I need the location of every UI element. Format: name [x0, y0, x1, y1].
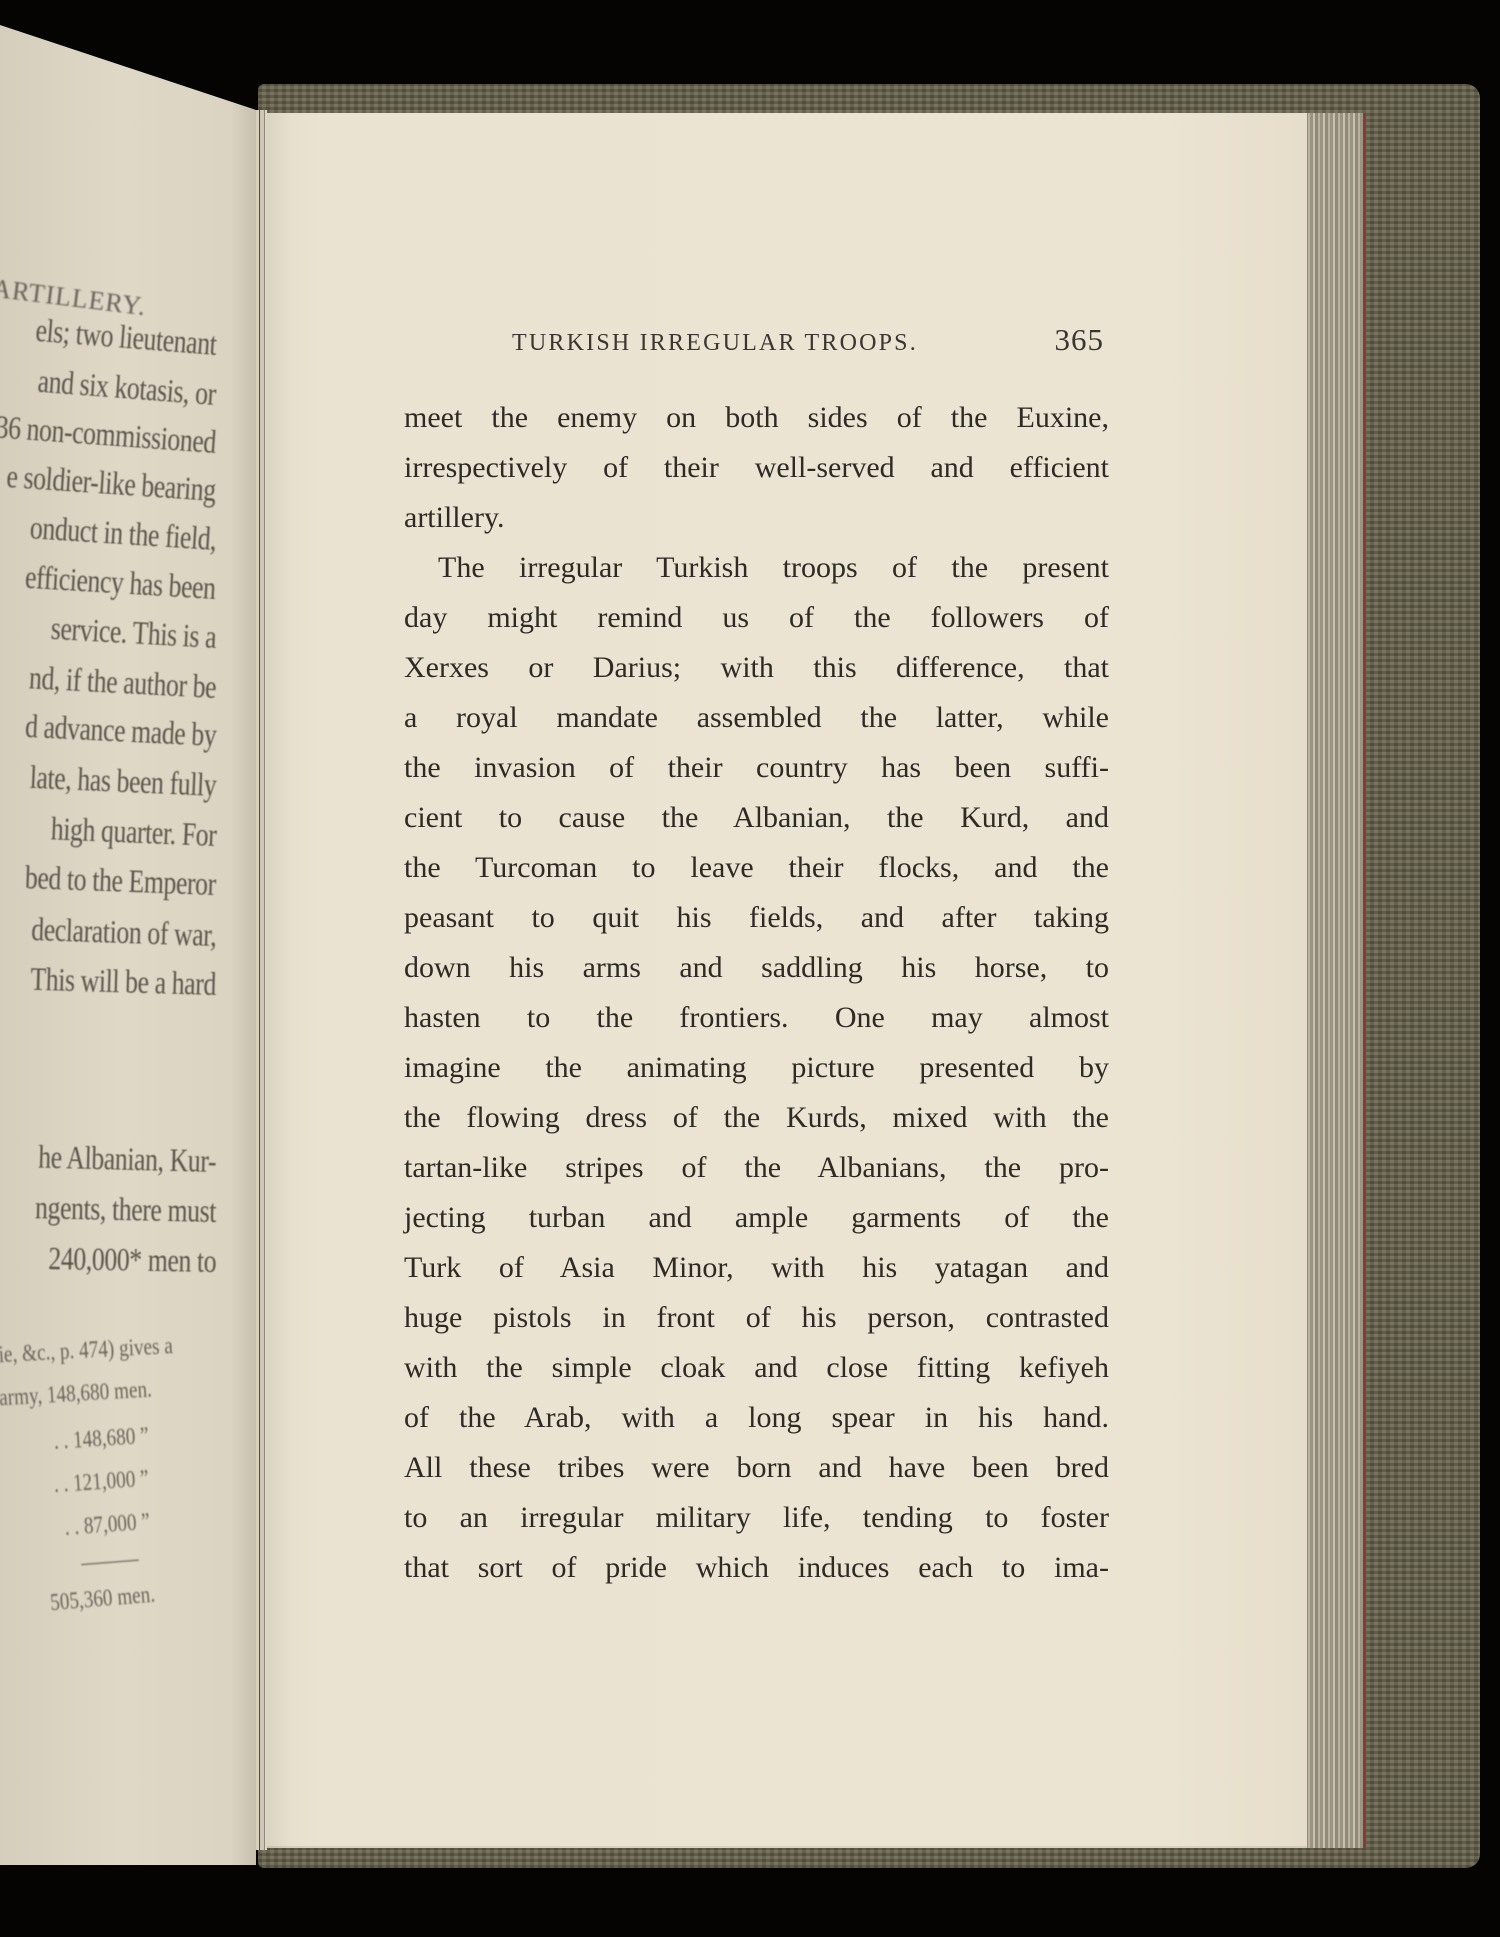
- footnote-line: . . 87,000 ”: [64, 1509, 151, 1542]
- left-text-line: 36 non-commissioned: [0, 409, 217, 462]
- page-fore-edge: [1305, 113, 1366, 1848]
- body-text: meet the enemy on both sides of the Euxi…: [404, 393, 1109, 1593]
- left-text-line: 240,000* men to: [48, 1241, 216, 1281]
- text-line: peasant to quit his fields, and after ta…: [404, 893, 1109, 943]
- running-title: TURKISH IRREGULAR TROOPS.: [512, 330, 918, 357]
- text-line: to an irregular military life, tending t…: [404, 1493, 1109, 1543]
- text-line: that sort of pride which induces each to…: [404, 1543, 1109, 1593]
- text-line: the invasion of their country has been s…: [404, 743, 1109, 793]
- text-line: Turk of Asia Minor, with his yatagan and: [404, 1243, 1109, 1293]
- text-line: irrespectively of their well-served and …: [404, 443, 1109, 493]
- left-text-line: and six kotasis, or: [37, 364, 218, 414]
- footnote-line: ———: [80, 1546, 140, 1577]
- left-text-line: bed to the Emperor: [24, 860, 216, 904]
- text-line: artillery.: [404, 493, 1109, 543]
- left-text-line: ngents, there must: [35, 1190, 217, 1231]
- text-line: meet the enemy on both sides of the Euxi…: [404, 393, 1109, 443]
- left-text-line: onduct in the field,: [29, 510, 218, 559]
- text-line: a royal mandate assembled the latter, wh…: [404, 693, 1109, 743]
- text-line: hasten to the frontiers. One may almost: [404, 993, 1109, 1043]
- left-text-line: declaration of war,: [30, 912, 216, 955]
- left-text-line: efficiency has been: [24, 560, 217, 608]
- footnote-line: army, 148,680 men.: [0, 1377, 153, 1413]
- book-gutter: [255, 110, 267, 1850]
- left-text-line: d advance made by: [24, 709, 217, 755]
- footnote-line: 505,360 men.: [49, 1582, 156, 1618]
- text-line: The irregular Turkish troops of the pres…: [404, 543, 1109, 593]
- left-text-line: e soldier-like bearing: [6, 459, 218, 510]
- left-text-line: This will be a hard: [30, 962, 217, 1004]
- left-text-line: high quarter. For: [50, 811, 217, 855]
- text-line: tartan-like stripes of the Albanians, th…: [404, 1143, 1109, 1193]
- footnote-line: . . 148,680 ”: [53, 1423, 149, 1456]
- left-text-line: nd, if the author be: [28, 660, 217, 707]
- text-line: the flowing dress of the Kurds, mixed wi…: [404, 1093, 1109, 1143]
- text-line: the Turcoman to leave their flocks, and …: [404, 843, 1109, 893]
- text-line: of the Arab, with a long spear in his ha…: [404, 1393, 1109, 1443]
- footnote-line: . . 121,000 ”: [53, 1466, 150, 1499]
- text-line: with the simple cloak and close fitting …: [404, 1343, 1109, 1393]
- left-text-line: service. This is a: [50, 611, 217, 657]
- text-line: imagine the animating picture presented …: [404, 1043, 1109, 1093]
- left-text-line: he Albanian, Kur-: [38, 1140, 217, 1181]
- text-line: down his arms and saddling his horse, to: [404, 943, 1109, 993]
- text-line: cient to cause the Albanian, the Kurd, a…: [404, 793, 1109, 843]
- page-number: 365: [1055, 322, 1105, 358]
- left-text-line: late, has been fully: [29, 760, 217, 805]
- left-page: ARTILLERY. els; two lieutenantand six ko…: [0, 25, 256, 1865]
- footnote-line: uie, &c., p. 474) gives a: [0, 1333, 174, 1370]
- text-line: jecting turban and ample garments of the: [404, 1193, 1109, 1243]
- running-head: TURKISH IRREGULAR TROOPS. 365: [404, 322, 1104, 358]
- left-text-line: els; two lieutenant: [34, 313, 218, 364]
- text-line: day might remind us of the followers of: [404, 593, 1109, 643]
- text-line: All these tribes were born and have been…: [404, 1443, 1109, 1493]
- text-line: Xerxes or Darius; with this difference, …: [404, 643, 1109, 693]
- text-line: huge pistols in front of his person, con…: [404, 1293, 1109, 1343]
